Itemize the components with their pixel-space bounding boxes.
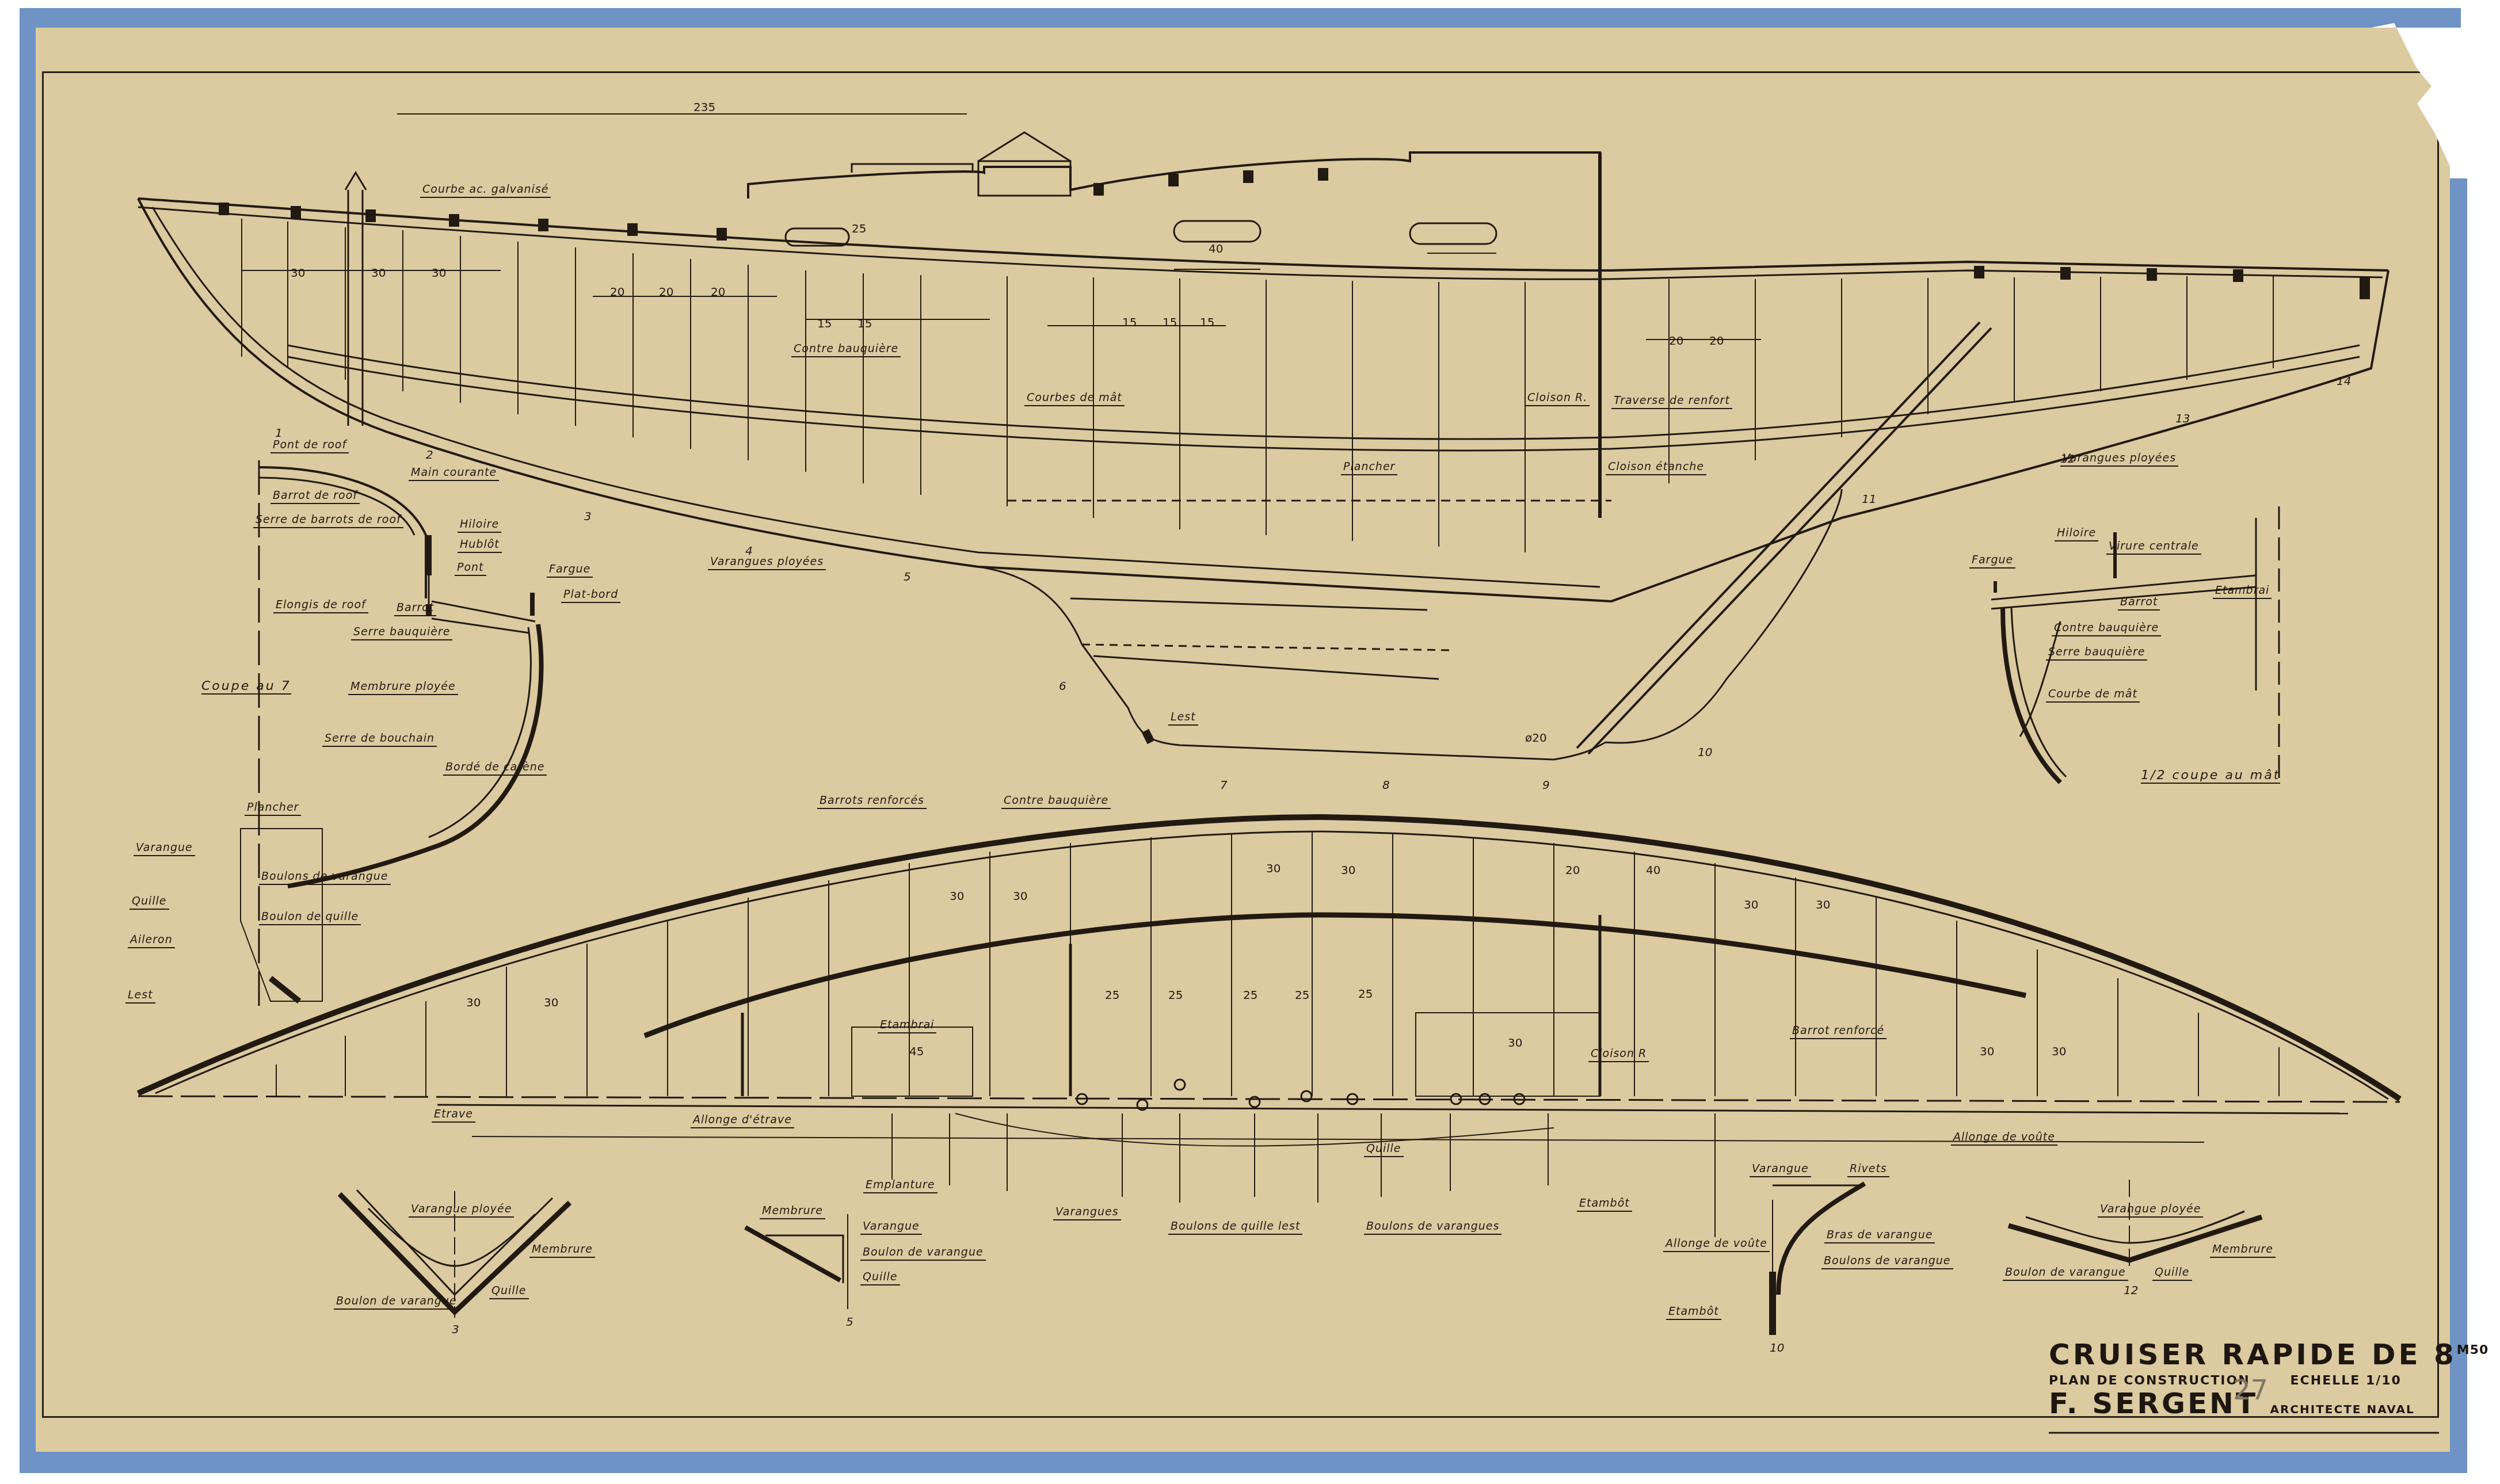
station-12: 12 <box>2060 452 2075 466</box>
label-boulons-de-varangues: Boulons de varangues <box>1364 1220 1501 1235</box>
dim-profile: 20 <box>610 285 624 299</box>
dim-profile: 20 <box>711 285 725 299</box>
label-boulons-de-varangue-10: Boulons de varangue <box>1821 1254 1953 1269</box>
dim-overall-235: 235 <box>693 100 715 114</box>
dim-plan: 45 <box>909 1044 924 1058</box>
label-serre-bauquiere: Serre bauquière <box>351 625 452 640</box>
label-cloison-r-plan: Cloison R <box>1588 1047 1649 1062</box>
dim-profile: 20 <box>1709 334 1724 348</box>
half-mast-section-title: 1/2 coupe au mât <box>2141 768 2280 784</box>
dim-plan: 30 <box>1013 889 1027 903</box>
label-barrot: Barrot <box>394 601 436 616</box>
dim-plan: 30 <box>1266 861 1281 875</box>
dim-plan: 30 <box>1816 898 1830 911</box>
label-etambrai: Etambrai <box>2213 584 2272 599</box>
dim-plan: 20 <box>1565 863 1580 877</box>
coupe-7-title: Coupe au 7 <box>201 679 291 695</box>
plan-station-9: 9 <box>1542 778 1550 792</box>
label-varangues: Varangues <box>1053 1205 1121 1220</box>
label-courbes-de-mat: Courbes de mât <box>1024 391 1125 406</box>
label-membrure-3: Membrure <box>529 1243 595 1258</box>
label-traverse-de-renfort: Traverse de renfort <box>1611 394 1732 409</box>
drawing-title: CRUISER RAPIDE DE 8M50 <box>2049 1338 2488 1371</box>
label-cloison-etanche: Cloison étanche <box>1606 460 1706 475</box>
dim-rudder-shaft: ø20 <box>1525 731 1547 745</box>
label-rivets: Rivets <box>1847 1162 1889 1177</box>
label-main-courante: Main courante <box>409 466 499 481</box>
profile-view <box>138 114 2388 760</box>
dim-plan: 30 <box>1744 898 1758 911</box>
label-varangue-ployee-3: Varangue ployée <box>409 1203 514 1218</box>
label-allonge-de-voute: Allonge de voûte <box>1951 1131 2057 1146</box>
label-barrot-de-roof: Barrot de roof <box>270 489 360 504</box>
section-3-number: 3 <box>452 1322 459 1336</box>
label-barrot-mast: Barrot <box>2118 596 2160 611</box>
dim-plan: 25 <box>1168 988 1183 1002</box>
label-boulons-de-quille-lest: Boulons de quille lest <box>1168 1220 1302 1235</box>
label-quille-12: Quille <box>2152 1266 2192 1281</box>
label-varangue-5: Varangue <box>860 1220 922 1235</box>
dim-profile: 30 <box>371 266 386 280</box>
label-serre-de-bouchain: Serre de bouchain <box>322 732 437 747</box>
title-block: CRUISER RAPIDE DE 8M50 PLAN DE CONSTRUCT… <box>2049 1338 2488 1420</box>
dim-plan: 30 <box>1508 1036 1522 1050</box>
label-courbe-galvanise: Courbe ac. galvanisé <box>420 183 551 198</box>
label-membrure-5: Membrure <box>760 1204 825 1219</box>
dim-profile: 15 <box>817 316 832 330</box>
label-boulon-de-varangue-3: Boulon de varangue <box>334 1295 459 1310</box>
station-2: 2 <box>426 448 433 461</box>
scale-label: ECHELLE <box>2291 1374 2361 1388</box>
station-11: 11 <box>1862 492 1876 506</box>
dim-profile: 15 <box>858 316 872 330</box>
dim-plan: 30 <box>1980 1044 1994 1058</box>
label-allonge-de-voute-10: Allonge de voûte <box>1663 1237 1770 1252</box>
dim-plan: 40 <box>1646 863 1660 877</box>
label-hublot: Hublôt <box>458 538 502 553</box>
pencil-sheet-number: 27 <box>2233 1374 2268 1406</box>
label-elongis-de-roof: Elongis de roof <box>273 598 368 613</box>
section-5-number: 5 <box>846 1315 853 1329</box>
dim-profile: 15 <box>1200 315 1214 329</box>
dim-plan: 30 <box>950 889 964 903</box>
label-fargue: Fargue <box>547 563 593 578</box>
label-etambrai-plan: Etambrai <box>878 1018 936 1033</box>
label-allonge-detrave: Allonge d'étrave <box>691 1113 794 1128</box>
label-borde-de-carene: Bordé de carène <box>443 761 547 776</box>
label-boulon-de-varangue-5: Boulon de varangue <box>860 1246 986 1261</box>
drawing-subtitle: PLAN DE CONSTRUCTIONECHELLE 1/10 <box>2049 1374 2488 1388</box>
section-12-number: 12 <box>2124 1283 2138 1297</box>
dim-profile: 15 <box>1122 315 1137 329</box>
title-superscript: M50 <box>2457 1343 2489 1357</box>
plan-station-7: 7 <box>1220 778 1228 792</box>
label-quille-3: Quille <box>489 1284 529 1299</box>
label-varangues-ployees: Varangues ployées <box>708 555 826 570</box>
label-hiloire: Hiloire <box>458 518 501 533</box>
label-varangue-ployee-12: Varangue ployée <box>2098 1203 2203 1218</box>
label-lest: Lest <box>1168 711 1198 726</box>
label-quille-5: Quille <box>860 1271 900 1285</box>
title-text: CRUISER RAPIDE DE 8 <box>2049 1338 2457 1371</box>
label-boulon-de-quille: Boulon de quille <box>259 910 361 925</box>
label-barrots-renforces: Barrots renforcés <box>817 794 927 809</box>
station-3: 3 <box>584 509 592 523</box>
label-emplanture: Emplanture <box>863 1178 937 1193</box>
architect-name: F. SERGENT <box>2049 1387 2258 1420</box>
dim-profile: 30 <box>291 266 305 280</box>
label-contre-bauquiere: Contre bauquière <box>791 342 901 357</box>
dim-plan: 25 <box>1295 988 1309 1002</box>
label-courbe-de-mat: Courbe de mât <box>2046 688 2140 703</box>
plan-station-8: 8 <box>1382 778 1390 792</box>
section-10-number: 10 <box>1770 1341 1784 1355</box>
dim-plan: 30 <box>544 995 558 1009</box>
label-hiloire-mast: Hiloire <box>2055 527 2098 541</box>
station-1: 1 <box>275 426 283 440</box>
label-varangue: Varangue <box>134 841 195 856</box>
architect-line: F. SERGENT ARCHITECTE NAVAL <box>2049 1387 2488 1420</box>
station-6: 6 <box>1059 679 1066 693</box>
label-etambot-plan: Etambôt <box>1577 1197 1632 1212</box>
label-aileron: Aileron <box>128 933 175 948</box>
label-plat-bord: Plat-bord <box>561 588 620 603</box>
dim-profile: 40 <box>1209 242 1223 255</box>
label-serre-bauquiere-mast: Serre bauquière <box>2046 646 2147 661</box>
section-station-5 <box>745 1214 848 1309</box>
label-lest-section: Lest <box>125 989 155 1004</box>
dim-plan: 30 <box>2052 1044 2066 1058</box>
label-fargue-mast: Fargue <box>1969 554 2015 569</box>
label-plancher: Plancher <box>1341 460 1397 475</box>
label-plancher-section: Plancher <box>245 801 301 816</box>
label-pont-de-roof: Pont de roof <box>270 438 349 453</box>
label-varangues-ployees-aft: Varangues ployées <box>2060 452 2178 467</box>
station-10: 10 <box>1698 745 1712 759</box>
label-boulon-de-varangue-12: Boulon de varangue <box>2003 1266 2128 1281</box>
label-membrure-12: Membrure <box>2210 1243 2276 1258</box>
dim-profile: 15 <box>1163 315 1177 329</box>
label-contre-bauquiere-plan: Contre bauquière <box>1001 794 1111 809</box>
label-serre-barrots-roof: Serre de barrots de roof <box>253 513 403 528</box>
dim-profile: 20 <box>1669 334 1683 348</box>
label-boulons-de-varangue: Boulons de varangue <box>259 870 391 885</box>
label-quille: Quille <box>129 895 169 910</box>
label-pont: Pont <box>455 561 486 576</box>
dim-plan: 25 <box>1358 987 1373 1001</box>
plan-view <box>138 817 2400 1237</box>
label-membrure-ployee: Membrure ployée <box>348 680 458 695</box>
station-13: 13 <box>2175 411 2190 425</box>
label-barrot-renforce: Barrot renforcé <box>1790 1024 1887 1039</box>
label-bras-de-varangue: Bras de varangue <box>1824 1229 1935 1243</box>
dim-profile: 20 <box>659 285 673 299</box>
label-contre-bauquiere-mast: Contre bauquière <box>2052 621 2161 636</box>
station-5: 5 <box>904 570 911 583</box>
dim-profile: 25 <box>852 222 866 235</box>
architect-role: ARCHITECTE NAVAL <box>2270 1402 2414 1416</box>
dim-plan: 25 <box>1105 988 1119 1002</box>
label-etambot-10: Etambôt <box>1666 1305 1721 1320</box>
subtitle-text: PLAN DE CONSTRUCTION <box>2049 1374 2250 1388</box>
dim-profile: 30 <box>432 266 446 280</box>
label-virure-centrale: Virure centrale <box>2106 540 2201 555</box>
dim-plan: 25 <box>1243 988 1257 1002</box>
station-4: 4 <box>745 544 753 558</box>
label-cloison-r: Cloison R. <box>1525 391 1590 406</box>
dim-plan: 30 <box>466 995 481 1009</box>
label-varangue-10: Varangue <box>1750 1162 1811 1177</box>
dim-plan: 30 <box>1341 863 1355 877</box>
station-14: 14 <box>2337 374 2351 388</box>
scale-value: 1/10 <box>2366 1374 2402 1388</box>
label-quille-plan: Quille <box>1364 1142 1404 1157</box>
label-etrave: Etrave <box>432 1108 475 1123</box>
